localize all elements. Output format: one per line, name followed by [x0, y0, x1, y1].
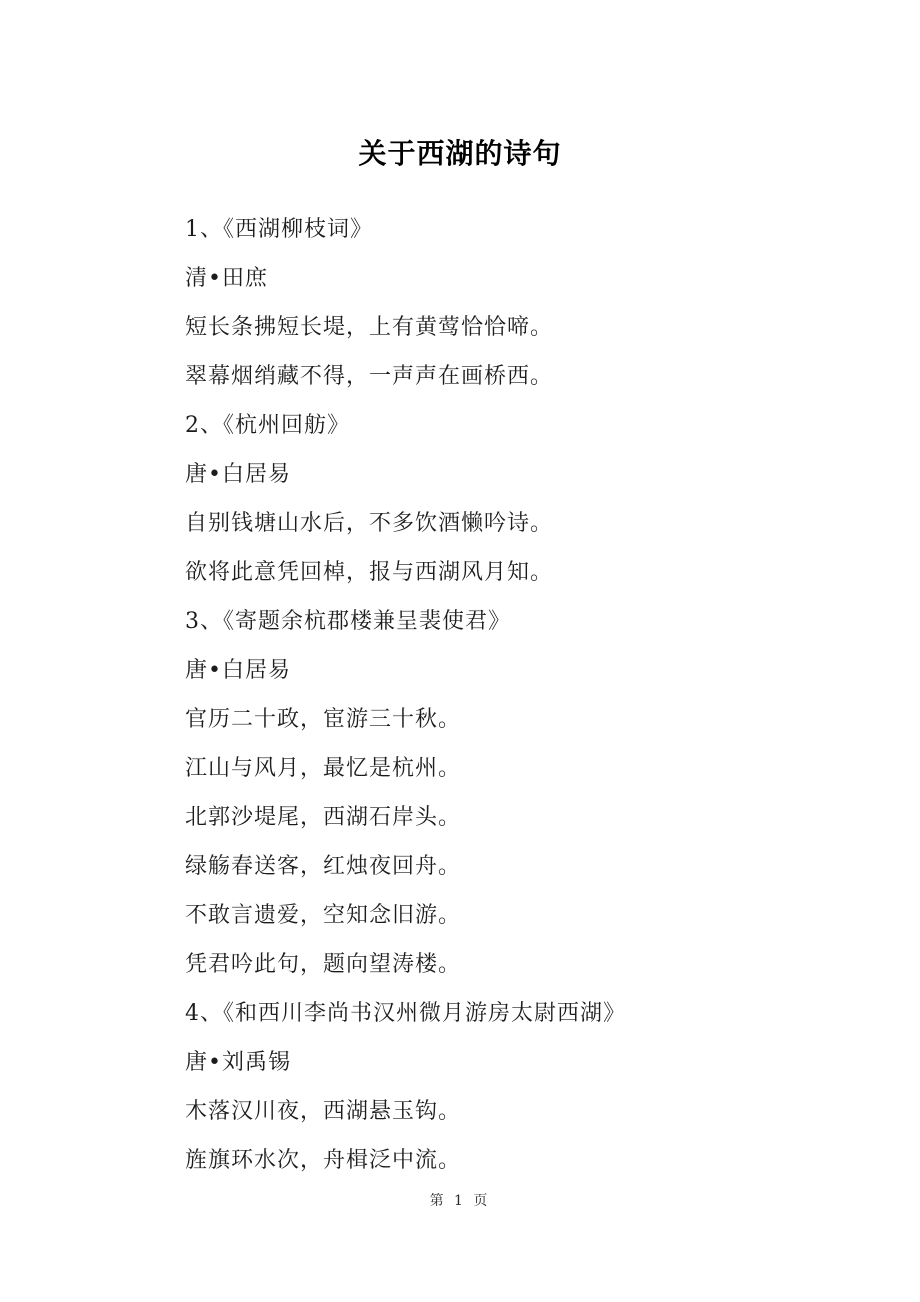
poem-2-heading: 2、《杭州回舫》 — [185, 401, 770, 450]
poem-2-author: 唐•白居易 — [185, 450, 770, 499]
poem-4-heading: 4、《和西川李尚书汉州微月游房太尉西湖》 — [185, 989, 770, 1038]
page-number: 第 1 页 — [0, 1190, 920, 1210]
poem-4-verse-2: 旌旗环水次，舟楫泛中流。 — [185, 1136, 770, 1185]
poem-1-heading: 1、《西湖柳枝词》 — [185, 205, 770, 254]
poem-3-verse-2: 江山与风月，最忆是杭州。 — [185, 744, 770, 793]
poem-3-verse-3: 北郭沙堤尾，西湖石岸头。 — [185, 793, 770, 842]
poem-3-verse-5: 不敢言遗爱，空知念旧游。 — [185, 891, 770, 940]
poem-3-author: 唐•白居易 — [185, 646, 770, 695]
poem-1-verse-2: 翠幕烟绡藏不得，一声声在画桥西。 — [185, 352, 770, 401]
poem-3-verse-4: 绿觞春送客，红烛夜回舟。 — [185, 842, 770, 891]
poem-1-author: 清•田庶 — [185, 254, 770, 303]
poem-2-verse-2: 欲将此意凭回棹，报与西湖风月知。 — [185, 548, 770, 597]
document-page: 关于西湖的诗句 1、《西湖柳枝词》 清•田庶 短长条拂短长堤，上有黄莺恰恰啼。 … — [0, 0, 920, 1302]
poem-3-verse-1: 官历二十政，宦游三十秋。 — [185, 695, 770, 744]
poem-2-verse-1: 自别钱塘山水后，不多饮酒懒吟诗。 — [185, 499, 770, 548]
poem-1-verse-1: 短长条拂短长堤，上有黄莺恰恰啼。 — [185, 303, 770, 352]
poem-3-heading: 3、《寄题余杭郡楼兼呈裴使君》 — [185, 597, 770, 646]
document-title: 关于西湖的诗句 — [0, 0, 920, 170]
poem-4-author: 唐•刘禹锡 — [185, 1038, 770, 1087]
poem-3-verse-6: 凭君吟此句，题向望涛楼。 — [185, 940, 770, 989]
poem-4-verse-1: 木落汉川夜，西湖悬玉钩。 — [185, 1087, 770, 1136]
document-body: 1、《西湖柳枝词》 清•田庶 短长条拂短长堤，上有黄莺恰恰啼。 翠幕烟绡藏不得，… — [185, 205, 770, 1185]
